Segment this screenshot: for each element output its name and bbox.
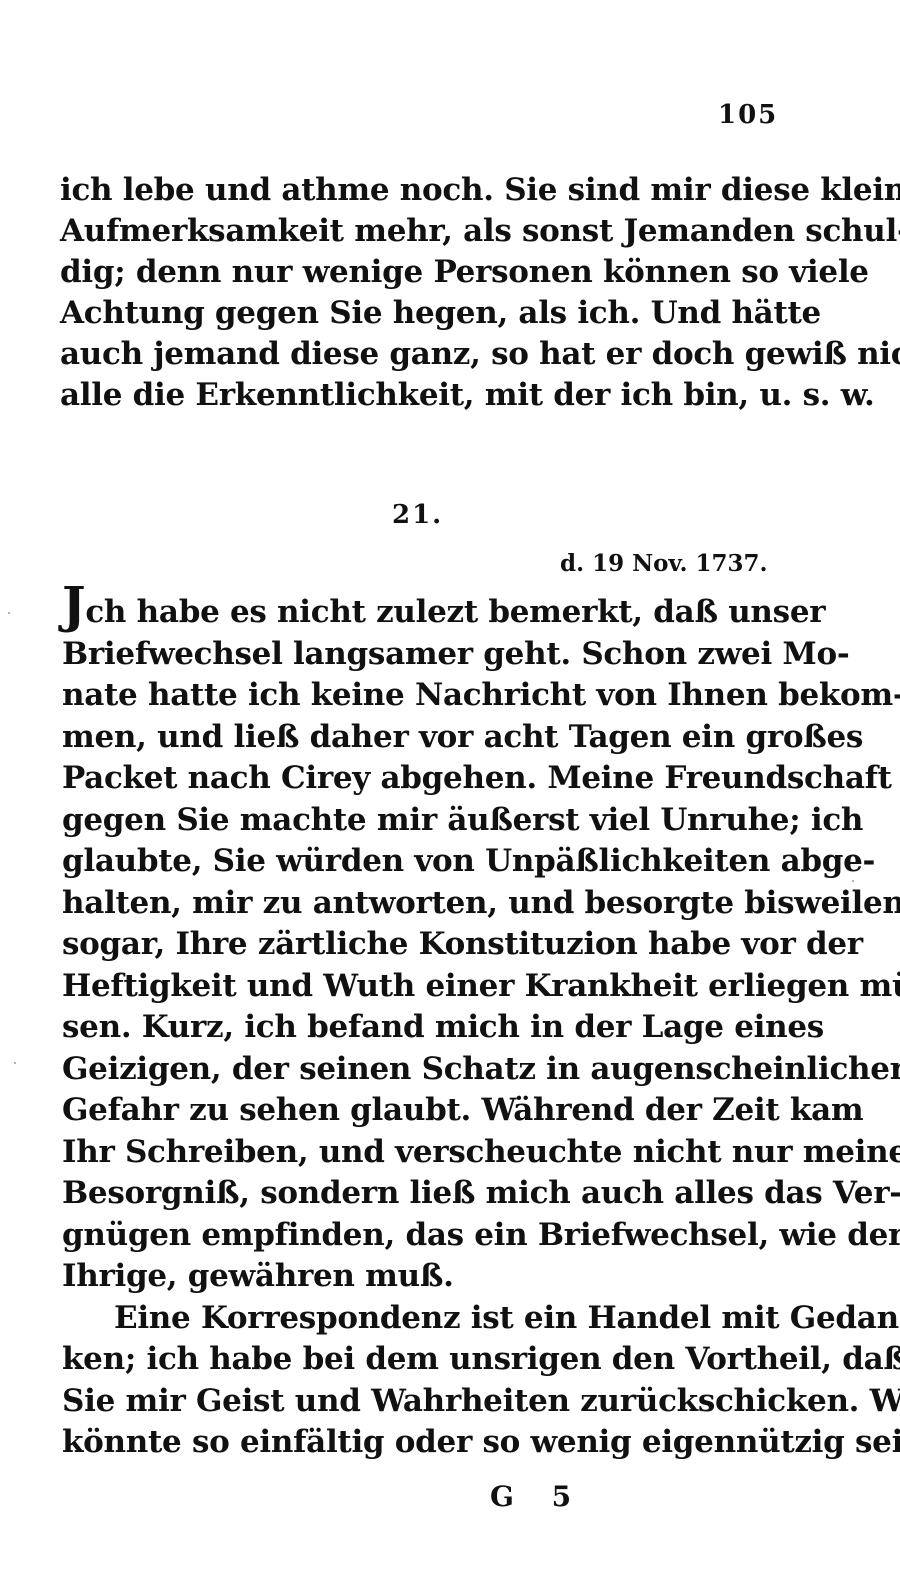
text-line: ken; ich habe bei dem unsrigen den Vorth…: [62, 1339, 814, 1381]
text-line: Gefahr zu sehen glaubt. Während der Zeit…: [62, 1090, 814, 1132]
text-line: ich lebe und athme noch. Sie sind mir di…: [60, 170, 800, 211]
text-line: dig; denn nur wenige Personen können so …: [60, 252, 800, 293]
text-line: Ihr Schreiben, und verscheuchte nicht nu…: [62, 1132, 814, 1174]
text-line: Aufmerksamkeit mehr, als sonst Jemanden …: [60, 211, 800, 252]
page-number: 105: [718, 100, 778, 130]
text-line: sen. Kurz, ich befand mich in der Lage e…: [62, 1007, 814, 1049]
text-line: alle die Erkenntlichkeit, mit der ich bi…: [60, 375, 800, 416]
text-line-rest: ch habe es nicht zulezt bemerkt, daß uns…: [85, 594, 825, 630]
text-line: Besorgniß, sondern ließ mich auch alles …: [62, 1173, 814, 1215]
text-line: Achtung gegen Sie hegen, als ich. Und hä…: [60, 293, 800, 334]
text-line-first: Jch habe es nicht zulezt bemerkt, daß un…: [62, 590, 814, 634]
text-line: auch jemand diese ganz, so hat er doch g…: [60, 334, 800, 375]
paper-speck: [852, 880, 854, 882]
paper-speck: [8, 612, 10, 614]
printer-signature-mark: G 5: [490, 1480, 585, 1513]
book-page: 105 ich lebe und athme noch. Sie sind mi…: [0, 0, 900, 1583]
text-line: glaubte, Sie würden von Unpäßlichkeiten …: [62, 841, 814, 883]
text-line-paragraph-start: Eine Korrespondenz ist ein Handel mit Ge…: [62, 1298, 814, 1340]
text-line-paragraph-end: Ihrige, gewähren muß.: [62, 1256, 814, 1298]
text-line: Packet nach Cirey abgehen. Meine Freunds…: [62, 758, 814, 800]
text-line: gnügen empfinden, das ein Briefwechsel, …: [62, 1215, 814, 1257]
paper-speck: [14, 1062, 16, 1064]
text-line: men, und ließ daher vor acht Tagen ein g…: [62, 717, 814, 759]
letter-body: Jch habe es nicht zulezt bemerkt, daß un…: [62, 590, 814, 1464]
text-line: halten, mir zu antworten, und besorgte b…: [62, 883, 814, 925]
text-line: Heftigkeit und Wuth einer Krankheit erli…: [62, 966, 814, 1008]
letter-number-heading: 21.: [392, 500, 443, 530]
letter-date: d. 19 Nov. 1737.: [560, 550, 768, 577]
text-line: Geizigen, der seinen Schatz in augensche…: [62, 1049, 814, 1091]
text-line: könnte so einfältig oder so wenig eigenn…: [62, 1422, 814, 1464]
text-line: Sie mir Geist und Wahrheiten zurückschic…: [62, 1381, 814, 1423]
previous-letter-closing: ich lebe und athme noch. Sie sind mir di…: [60, 170, 800, 416]
text-line: Briefwechsel langsamer geht. Schon zwei …: [62, 634, 814, 676]
drop-cap: J: [62, 575, 85, 634]
text-line: nate hatte ich keine Nachricht von Ihnen…: [62, 675, 814, 717]
text-line: gegen Sie machte mir äußerst viel Unruhe…: [62, 800, 814, 842]
text-line: sogar, Ihre zärtliche Konstituzion habe …: [62, 924, 814, 966]
